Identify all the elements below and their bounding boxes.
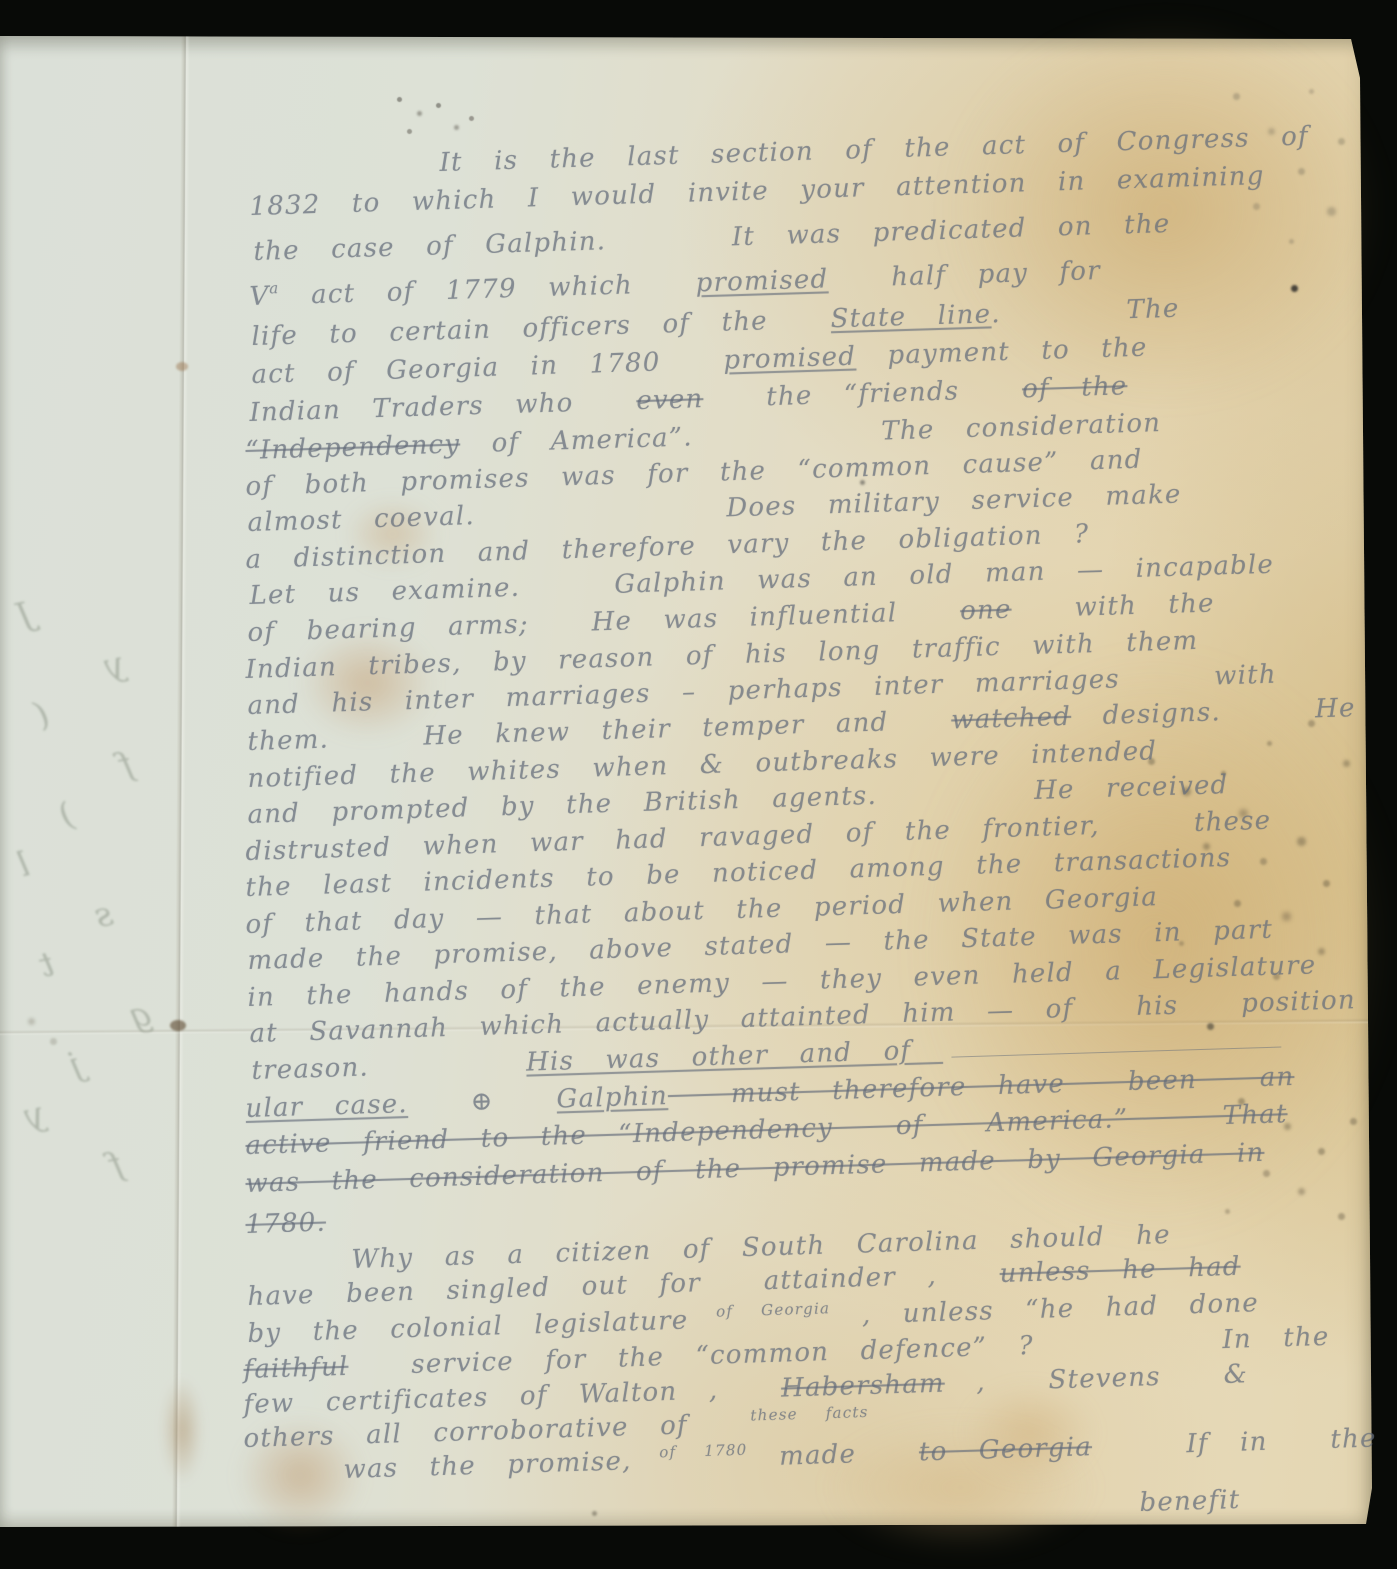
handwriting-layer: It is the last section of the act of Con… [0, 0, 1397, 1569]
ink-rule [950, 1032, 1280, 1057]
manuscript-text: of the [1022, 371, 1128, 404]
manuscript-text: act of Georgia in 1780 [251, 346, 724, 390]
manuscript-text: V [249, 281, 270, 312]
manuscript-text: 1780. [245, 1208, 326, 1240]
manuscript-text: promised [723, 342, 857, 376]
manuscript-text: faithful [243, 1352, 349, 1385]
manuscript-text: was the promise, [343, 1446, 632, 1485]
manuscript-text: Indian Traders who [249, 386, 637, 428]
manuscript-text: to Georgia [919, 1432, 1093, 1467]
manuscript-text: made [747, 1437, 919, 1472]
manuscript-text: His was other and of [526, 1035, 944, 1078]
manuscript-text: payment to the [856, 333, 1148, 372]
scan-background: { "palette":{ "backdrop":"#080a07", "pap… [0, 0, 1397, 1569]
manuscript-text: ular case. [245, 1089, 408, 1124]
manuscript-text: Habersham [781, 1369, 946, 1404]
manuscript-text: , unless “he had done [830, 1288, 1259, 1331]
manuscript-text: , Stevens & [944, 1359, 1248, 1398]
manuscript-text: promised [695, 264, 829, 298]
manuscript-text: one [960, 595, 1012, 627]
manuscript-text: the “friends [703, 374, 1023, 414]
manuscript-text: with the [1011, 588, 1215, 624]
manuscript-text: “Independency [245, 429, 461, 466]
manuscript-text: State line [830, 299, 991, 334]
manuscript-text: these facts [750, 1403, 869, 1425]
manuscript-text: a [269, 280, 280, 298]
manuscript-line: 1780. [245, 1208, 326, 1240]
manuscript-text: ⊕ [407, 1085, 557, 1120]
manuscript-line: benefit [1139, 1485, 1241, 1518]
manuscript-text: even [636, 384, 704, 416]
manuscript-text: of Georgia [688, 1300, 831, 1322]
manuscript-text: half pay for [828, 256, 1101, 294]
manuscript-text: treason. [251, 1048, 526, 1086]
manuscript-text: unless he had [999, 1252, 1241, 1289]
manuscript-text: If in the [1092, 1423, 1378, 1462]
manuscript-text: watched [951, 702, 1072, 736]
manuscript-text: Galphin [556, 1081, 668, 1114]
manuscript-text: designs. He [1071, 693, 1356, 732]
manuscript-text: act of 1779 which [279, 268, 696, 311]
manuscript-text: of 1780 [631, 1441, 748, 1463]
manuscript-text: benefit [1139, 1485, 1241, 1518]
manuscript-text: . The [991, 294, 1180, 330]
